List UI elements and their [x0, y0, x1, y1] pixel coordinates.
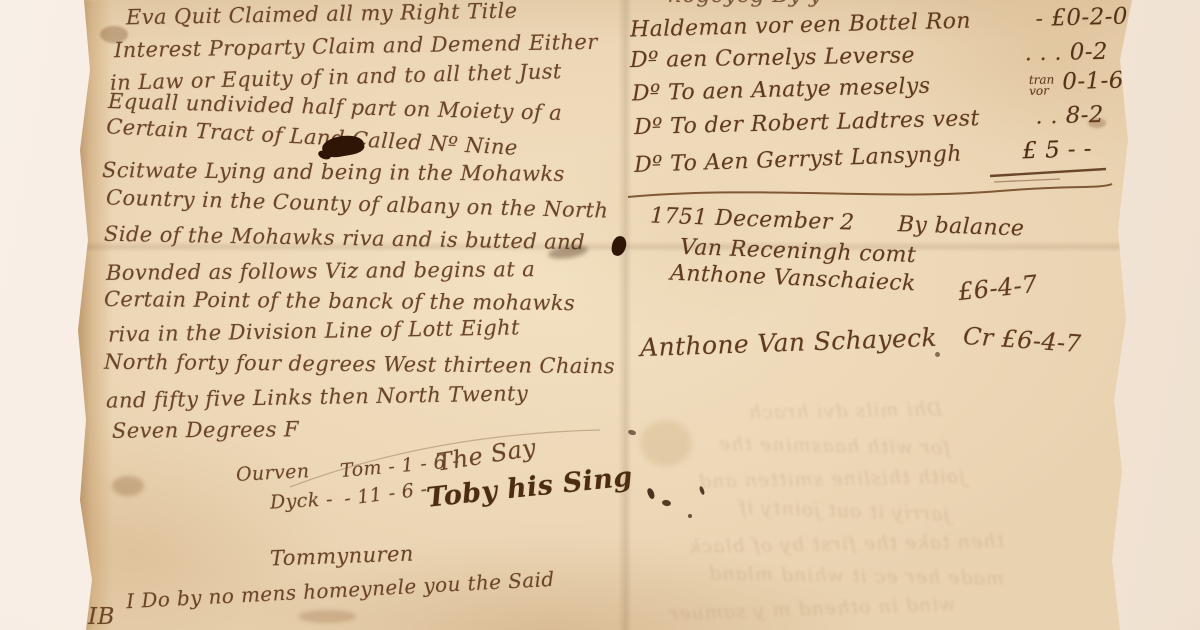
tally-name: Ourven — [236, 462, 310, 485]
ledger-amount: £ 5 - - — [1022, 138, 1092, 163]
tally-amount: - 11 - 6 - — [343, 480, 428, 509]
bleedthrough-line: wind in othend m y samuer — [668, 593, 956, 625]
paper-stain — [1088, 118, 1106, 128]
bleedthrough-line: jarriy it out jointy if — [738, 496, 950, 525]
deed-line: Seven Degrees F — [112, 419, 299, 442]
manuscript-sheet: Eva Quit Claimed all my Right Title Inte… — [70, 0, 1140, 630]
margin-note-bottom: vor — [1029, 85, 1055, 97]
ledger-amount: £0-2-0 — [1051, 5, 1128, 30]
deed-line: Certain Tract of Land Called Nº Nine — [106, 116, 519, 159]
ledger-entry-desc: Dº To aen Anatye meselys — [632, 76, 931, 106]
deed-line: Country in the County of albany on the N… — [106, 187, 609, 221]
attestation-text: The Say — [435, 435, 538, 474]
paper-stain — [640, 420, 692, 466]
ledger-entry-desc: Dº To der Robert Ladtres vest — [634, 108, 980, 139]
paper-stain — [112, 476, 144, 496]
paper-stain — [298, 610, 356, 623]
ledger-margin-note: tran vor — [1029, 74, 1055, 97]
ledger-leader: . . . — [1025, 43, 1062, 66]
ledger-entry-desc: Haldeman vor een Bottel Ron — [630, 11, 971, 42]
bleedthrough-line: made her ec it whind mland — [708, 562, 1004, 589]
deed-line: Interest Proparty Claim and Demend Eithe… — [114, 32, 598, 61]
left-page-text-block: Eva Quit Claimed all my Right Title Inte… — [98, 0, 633, 630]
ledger-entry-desc: Dº aen Cornelys Leverse — [630, 45, 915, 72]
ledger-entry-desc: Dº To Aen Gerryst Lansyngh — [634, 144, 962, 177]
deed-line: Side of the Mohawks riva and is butted a… — [104, 224, 585, 253]
ledger-leader: - — [1035, 9, 1043, 31]
deed-line: and fifty five Links then North Twenty — [106, 383, 529, 411]
bleedthrough-line: Dhi mils dvi hrach — [748, 398, 942, 423]
ledger-amount: 0-1-6 — [1062, 70, 1124, 95]
ink-fleck — [935, 352, 940, 357]
ink-fleck — [688, 514, 692, 518]
ledger-amount: 0-2 — [1070, 41, 1109, 65]
credit-amount: Cr £6-4-7 — [962, 324, 1082, 356]
ledger-entry-row: Dº aen Cornelys Leverse . . . 0-2 — [630, 41, 1108, 72]
footer-heading: Tommynuren — [270, 543, 414, 569]
paper-stain — [100, 26, 128, 43]
balance-name: Anthone Vanschaieck — [670, 263, 917, 296]
ledger-entry-row: Haldeman vor een Bottel Ron - £0-2-0 — [630, 5, 1128, 41]
balance-date: 1751 December 2 — [650, 203, 855, 235]
credit-name: Anthone Van Schayeck — [640, 325, 938, 360]
tally-name: Dyck - — [270, 490, 334, 512]
deed-line: riva in the Division Line of Lott Eight — [108, 317, 520, 345]
deed-line: Certain Point of the banck of the mohawk… — [104, 289, 575, 314]
footer-initials: IB — [88, 606, 115, 629]
photo-backdrop: Eva Quit Claimed all my Right Title Inte… — [0, 0, 1200, 630]
deed-line: Bovnded as follows Viz and begins at a — [106, 259, 535, 284]
ledger-entry-row: Dº To Aen Gerryst Lansyngh £ 5 - - — [634, 138, 1093, 177]
ledger-leader: . . — [1035, 106, 1058, 129]
clipped-top-line: hogeyeg By y — [668, 0, 822, 7]
bleedthrough-line: then take the first by of black — [688, 530, 1004, 558]
footer-line: I Do by no mens homeynele you the Said — [126, 569, 555, 611]
deed-line: North forty four degrees West thirteen C… — [104, 352, 615, 377]
deed-line: in Law or Equity of in and to all thet J… — [110, 61, 562, 94]
deed-line: Scitwate Lying and being in the Mohawks — [102, 160, 565, 185]
bleedthrough-line: for with haasmine the — [718, 433, 951, 459]
bleedthrough-line: joith thisline smitten and — [698, 466, 965, 493]
balance-amount: £6-4-7 — [957, 272, 1039, 304]
right-page-ledger-block: hogeyeg By y Haldeman vor een Bottel Ron… — [628, 0, 1140, 630]
balance-label: By balance — [897, 212, 1024, 241]
deed-line: Eva Quit Claimed all my Right Title — [126, 1, 518, 29]
